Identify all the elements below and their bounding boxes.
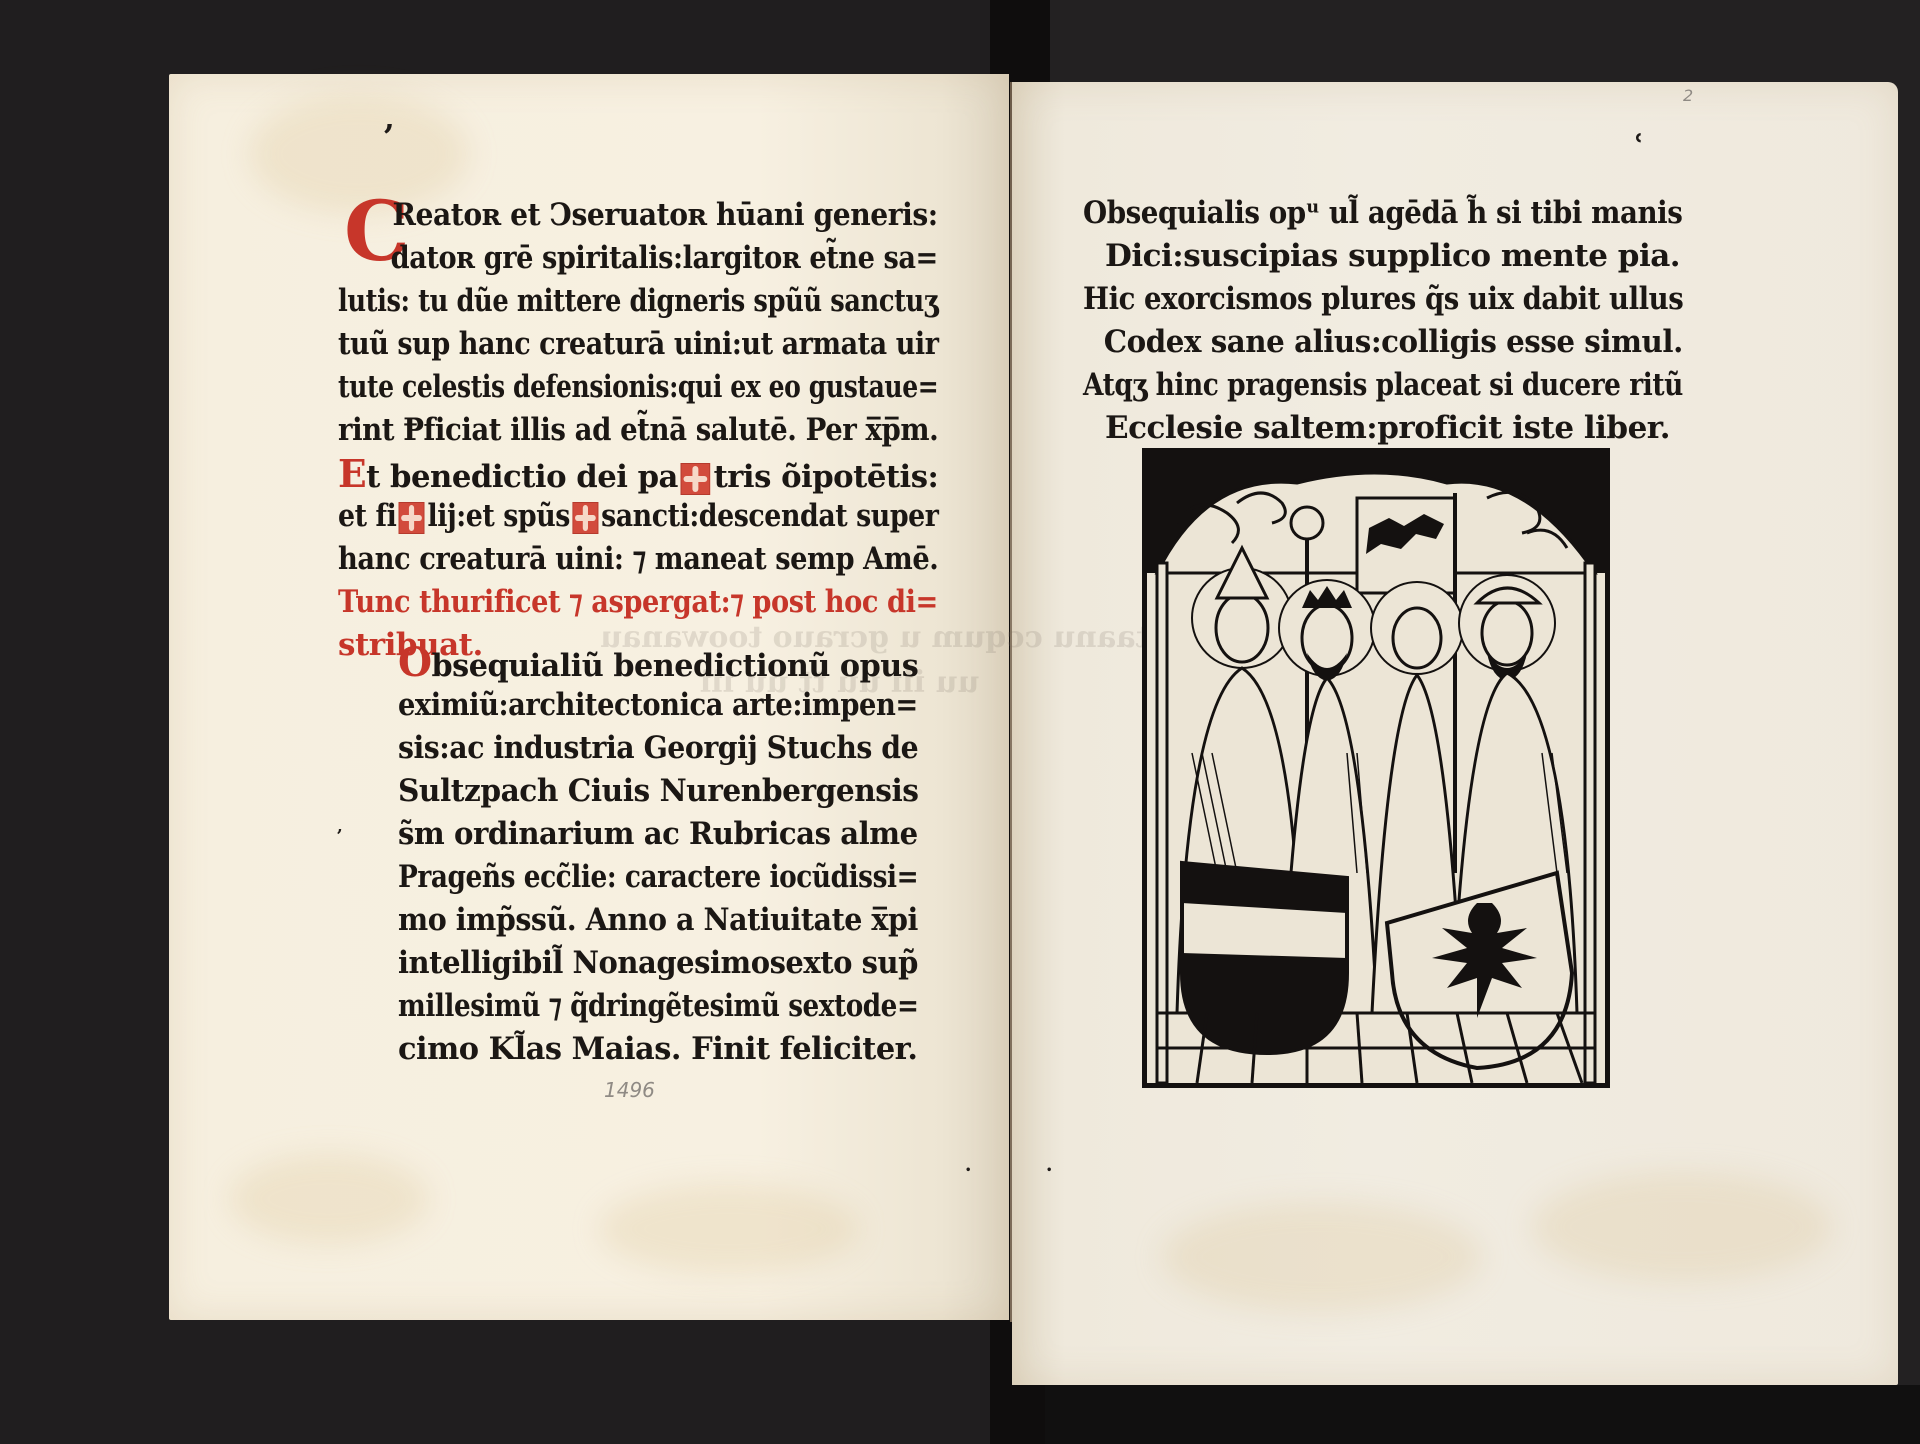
- text-segment: sancti:descendat super: [601, 498, 938, 534]
- rubric-line: Tunc thurificet ⁊ aspergat:⁊ post hoc di…: [338, 581, 865, 624]
- verse-line: Ecclesie saltem:proficit iste liber.: [1083, 407, 1683, 450]
- text-line: Prageñs ecc̃lie: caractere iocũdissi=: [398, 856, 840, 899]
- initial-letter-e: E: [338, 451, 366, 496]
- text-segment: t benedictio dei pa: [366, 459, 678, 495]
- verse-line: Codex sane alius:colligis esse simul.: [1083, 321, 1651, 364]
- benediction-line-2: et filij:et spũssancti:descendat super: [338, 495, 857, 538]
- margin-mark: ʼ: [336, 826, 342, 847]
- cross-icon: [681, 463, 711, 495]
- verse-line: Obsequialis opᵘ ul̃ agēdā h̃ si tibi man…: [1083, 192, 1619, 235]
- benediction-line-1: Et benedictio dei patris õipotētis:: [338, 452, 932, 495]
- saints-woodcut-icon: [1147, 453, 1605, 1083]
- stain: [1162, 1202, 1482, 1312]
- paper-speck: •: [965, 1165, 971, 1176]
- text-line: datoʀ grē spiritalis:largitoʀ et̃ne sa=: [338, 237, 864, 280]
- paper-speck: •: [1046, 1165, 1052, 1176]
- text-line: lutis: tu dũe mittere digneris spũũ sanc…: [338, 280, 836, 323]
- text-line: Sultzpach Ciuis Nurenbergensis: [398, 770, 895, 813]
- text-segment: tris õipotētis:: [714, 459, 939, 495]
- stain: [1532, 1172, 1832, 1282]
- woodcut-illustration: [1142, 448, 1610, 1088]
- initial-letter-o: O: [398, 639, 432, 686]
- verse-line: Atqʒ hinc pragensis placeat si ducere ri…: [1083, 364, 1594, 407]
- stain: [599, 1184, 859, 1274]
- text-segment: et fi: [338, 498, 396, 534]
- folio-number: 2: [1683, 86, 1693, 105]
- text-segment: bsequialiũ benedictionũ opus: [432, 648, 919, 684]
- blessing-text: Reatoʀ et Ↄseruatoʀ hūani generis: datoʀ…: [338, 194, 938, 667]
- text-line: s̃m ordinarium ac Rubricas alme: [398, 813, 887, 856]
- text-line: tute celestis defensionis:qui ex eo gust…: [338, 366, 823, 409]
- colophon-text: Obsequialiũ benedictionũ opus eximiũ:ar…: [398, 641, 918, 1071]
- text-line: mo imp̃ssũ. Anno a Natiuitate x̅pi: [398, 899, 876, 942]
- text-line: tuũ sup hanc creaturā uini:ut armata uir: [338, 323, 861, 366]
- text-line: millesimũ ⁊ q̃dringẽtesimũ sextode=: [398, 985, 838, 1028]
- text-line: eximiũ:architectonica arte:impen=: [398, 684, 856, 727]
- text-line: Reatoʀ et Ↄseruatoʀ hūani generis:: [338, 194, 883, 237]
- text-line: rint Ᵽficiat illis ad et̃nā salutē. Per …: [338, 409, 872, 452]
- verse-line: Hic exorcismos plures q̃s uix dabit ullu…: [1083, 278, 1616, 321]
- stain: [229, 1154, 429, 1244]
- text-line: intelligibil̃ Nonagesimosexto sup̃: [398, 942, 884, 985]
- pencil-date-note: 1496: [604, 1078, 655, 1102]
- cross-icon: [399, 502, 425, 534]
- cross-icon: [573, 502, 599, 534]
- signature-mark: ʼ: [382, 118, 394, 158]
- verse-text: Obsequialis opᵘ ul̃ agēdā h̃ si tibi man…: [1083, 192, 1683, 450]
- colophon-first-line: Obsequialiũ benedictionũ opus: [398, 641, 906, 684]
- verse-line: Dici:suscipias supplico mente pia.: [1083, 235, 1683, 278]
- background-lower: [1045, 1385, 1920, 1444]
- signature-mark: ʿ: [1632, 128, 1644, 168]
- text-line: cimo Kl̃as Maias. Finit feliciter.: [398, 1028, 908, 1071]
- text-segment: lij:et spũs: [427, 498, 569, 534]
- benediction-line-3: hanc creaturā uini: ⁊ maneat semp Amē.: [338, 538, 866, 581]
- text-line: sis:ac industria Georgij Stuchs de: [398, 727, 873, 770]
